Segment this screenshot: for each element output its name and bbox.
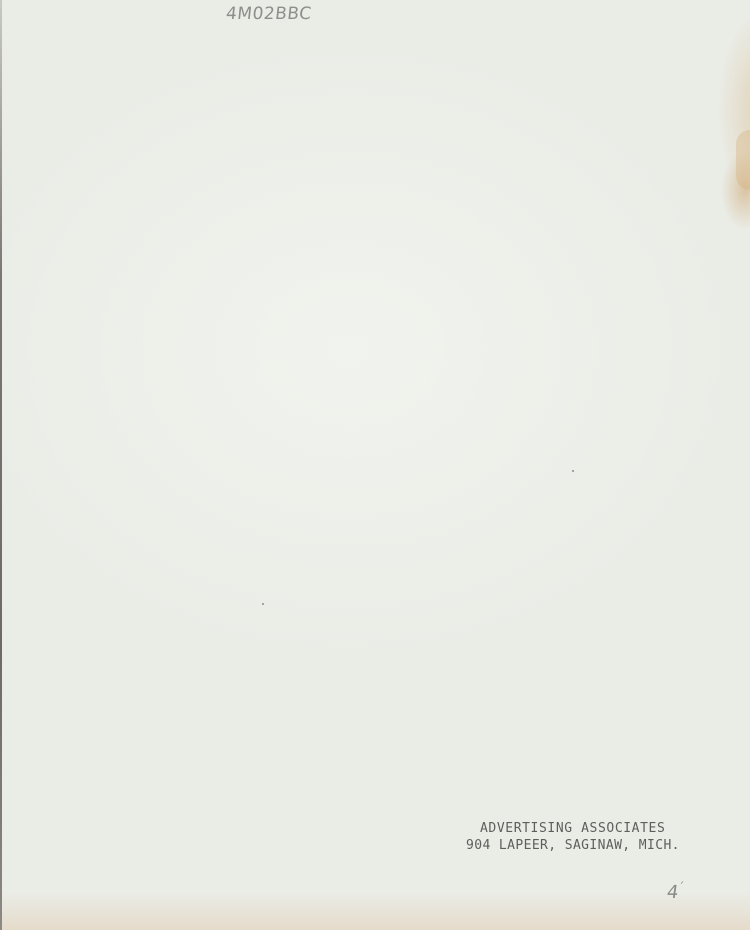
paper-speck <box>262 603 264 605</box>
stamp-address: 904 LAPEER, SAGINAW, MICH. <box>466 837 680 854</box>
pencil-number: 4 <box>665 882 679 903</box>
pencil-catalog-code: 4M02BBC <box>225 4 313 24</box>
pencil-tick-mark: ′ <box>679 880 684 895</box>
pencil-number-mark: 4′ <box>665 880 684 903</box>
stamp-company-name: ADVERTISING ASSOCIATES <box>466 820 680 837</box>
photo-back-page: 4M02BBC ADVERTISING ASSOCIATES 904 LAPEE… <box>0 0 750 930</box>
publisher-stamp: ADVERTISING ASSOCIATES 904 LAPEER, SAGIN… <box>466 820 680 854</box>
paper-speck <box>572 470 574 472</box>
left-edge-shadow <box>0 0 2 930</box>
water-stain <box>736 130 750 190</box>
